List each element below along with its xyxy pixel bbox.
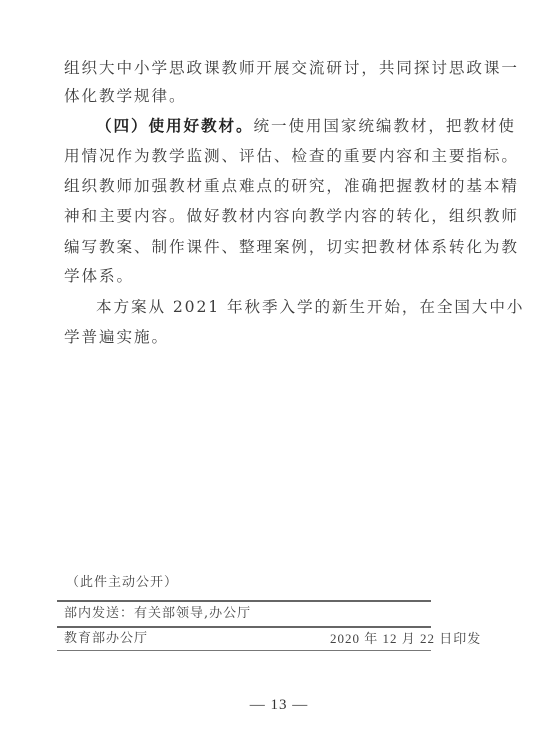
issuer: 教育部办公厅 [64, 631, 148, 647]
distribution-line: 部内发送：有关部领导,办公厅 [64, 606, 251, 622]
body-line-7: 编写教案、制作课件、整理案例，切实把教材体系转化为教 [64, 237, 494, 257]
public-notice: （此件主动公开） [66, 575, 178, 591]
body-line-5: 组织教师加强教材重点难点的研究，准确把握教材的基本精 [64, 176, 494, 196]
issue-date: 2020 年 12 月 22 日印发 [330, 631, 481, 647]
body-line-2: 体化教学规律。 [64, 86, 494, 106]
body-line-8: 学体系。 [64, 266, 494, 286]
section-paragraph-first-line: （四）使用好教材。统一使用国家统编教材，把教材使 [96, 116, 526, 136]
body-line-6: 神和主要内容。做好教材内容向教学内容的转化，组织教师 [64, 206, 494, 226]
footer-rule-middle [57, 626, 431, 628]
section-heading: （四）使用好教材。 [96, 116, 253, 135]
body-line-4: 用情况作为教学监测、评估、检查的重要内容和主要指标。 [64, 146, 494, 166]
body-line-1: 组织大中小学思政课教师开展交流研讨，共同探讨思政课一 [64, 58, 494, 78]
section-heading-rest: 统一使用国家统编教材，把教材使 [253, 117, 515, 135]
body-line-10: 学普遍实施。 [64, 327, 494, 347]
footer-rule-bottom [57, 650, 431, 651]
page-number: — 13 — [0, 697, 558, 714]
body-line-9: 本方案从 2021 年秋季入学的新生开始，在全国大中小 [96, 297, 526, 317]
footer-rule-top [57, 600, 431, 602]
document-page: 组织大中小学思政课教师开展交流研讨，共同探讨思政课一 体化教学规律。 （四）使用… [0, 0, 558, 735]
